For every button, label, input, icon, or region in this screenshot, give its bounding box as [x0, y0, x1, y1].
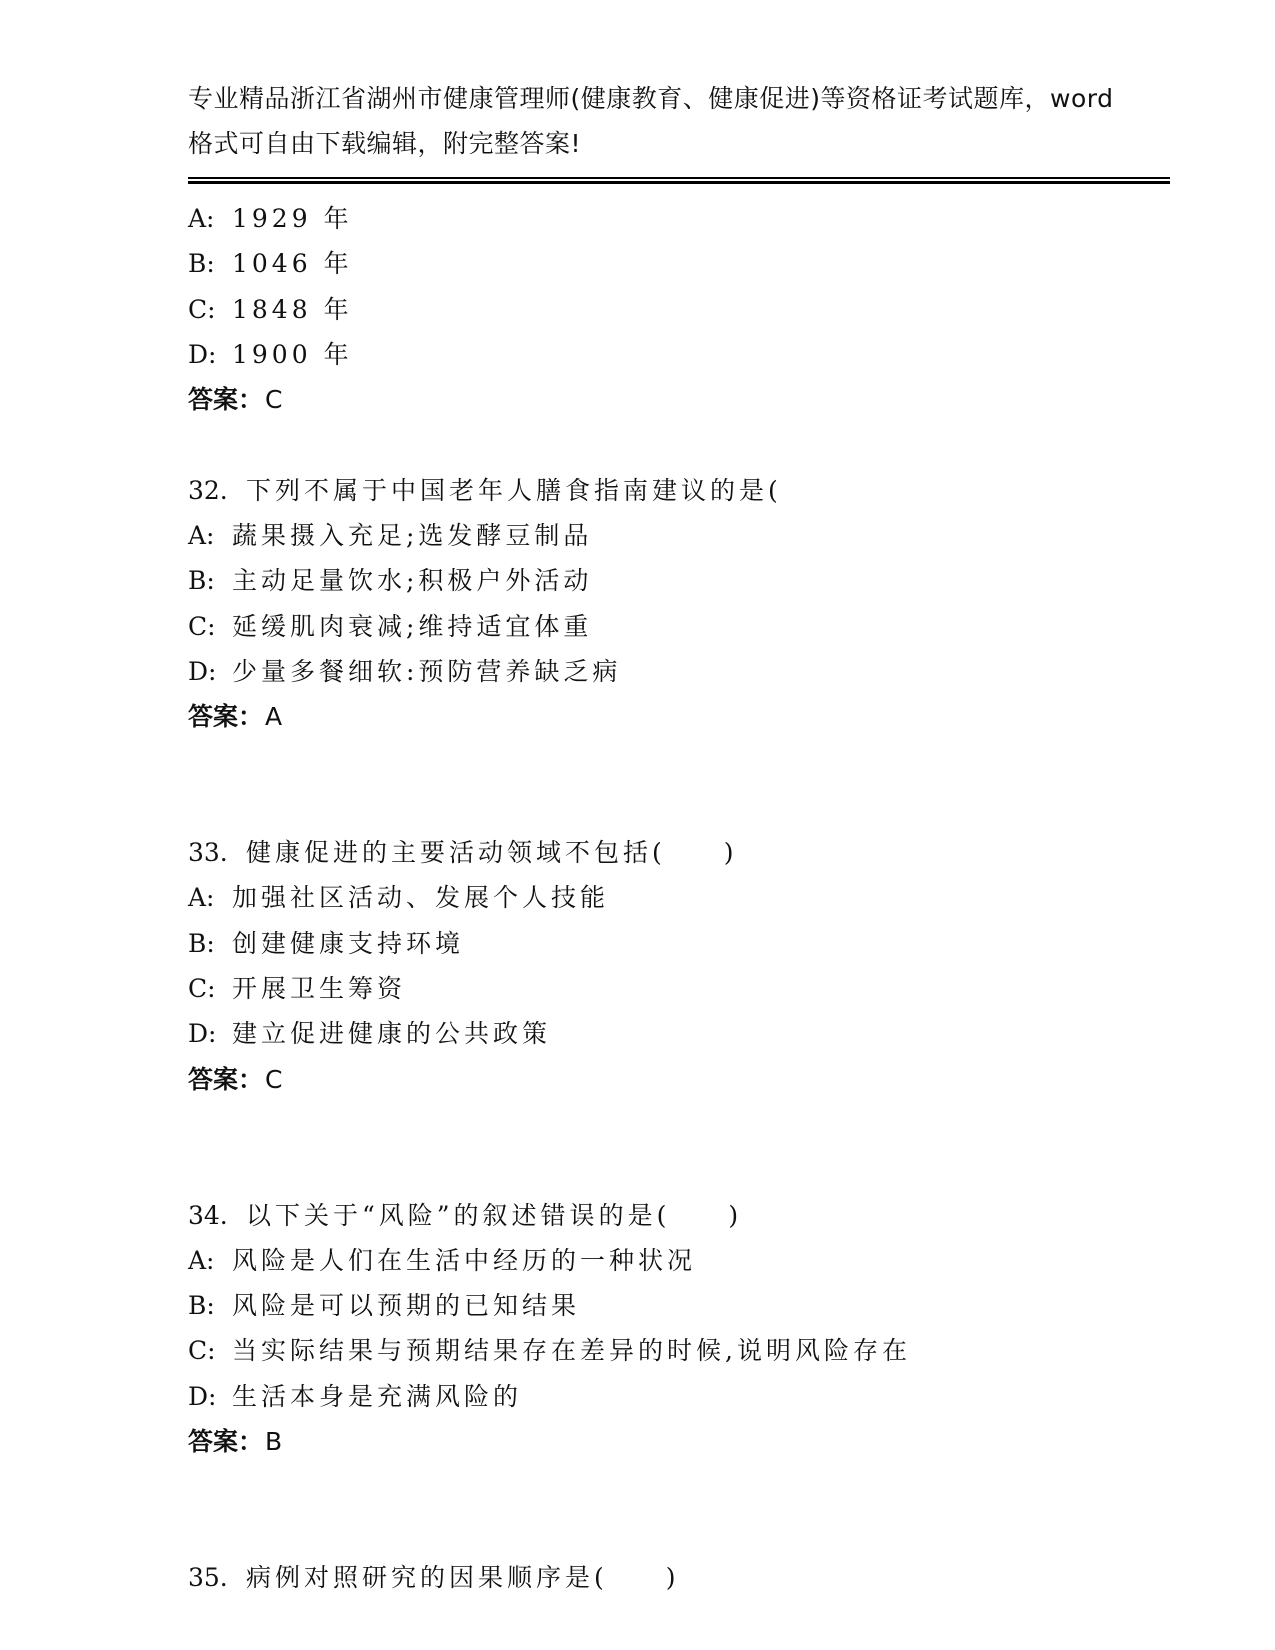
- option-text: 建立促进健康的公共政策: [232, 1019, 551, 1048]
- header-double-rule: [188, 177, 1170, 184]
- option-text: 少量多餐细软:预防营养缺乏病: [232, 657, 621, 686]
- question-block-35: 35.病例对照研究的因果顺序是( ): [188, 1555, 1168, 1600]
- answer-value: B: [265, 1427, 282, 1456]
- option-label: D:: [188, 1374, 232, 1419]
- question-number: 32.: [188, 468, 246, 513]
- blank-line: [188, 422, 1168, 467]
- option-text: 风险是可以预期的已知结果: [232, 1291, 580, 1320]
- option-c: C:开展卫生筹资: [188, 966, 1168, 1011]
- option-label: D:: [188, 649, 232, 694]
- blank-line: [188, 785, 1168, 830]
- option-text: 1046 年: [232, 249, 353, 278]
- rule-thin-line: [188, 177, 1170, 179]
- answer-label: 答案：: [188, 1065, 263, 1094]
- option-text: 1929 年: [232, 204, 353, 233]
- option-b: B:风险是可以预期的已知结果: [188, 1283, 1168, 1328]
- option-c: C:延缓肌肉衰减;维持适宜体重: [188, 604, 1168, 649]
- option-b: B:1046 年: [188, 241, 1168, 286]
- option-text: 延缓肌肉衰减;维持适宜体重: [232, 612, 592, 641]
- question-list: A:1929 年 B:1046 年 C:1848 年 D:1900 年 答案：C…: [188, 196, 1168, 1600]
- question-block-33: 33.健康促进的主要活动领域不包括( ) A:加强社区活动、发展个人技能 B:创…: [188, 830, 1168, 1102]
- answer-line: 答案：A: [188, 694, 1168, 739]
- option-b: B:主动足量饮水;积极户外活动: [188, 558, 1168, 603]
- question-number: 35.: [188, 1555, 246, 1600]
- answer-label: 答案：: [188, 1427, 263, 1456]
- question-stem: 33.健康促进的主要活动领域不包括( ): [188, 830, 1168, 875]
- option-label: C:: [188, 1328, 232, 1373]
- question-block-continued: A:1929 年 B:1046 年 C:1848 年 D:1900 年 答案：C: [188, 196, 1168, 422]
- option-d: D:1900 年: [188, 332, 1168, 377]
- question-block-32: 32.下列不属于中国老年人膳食指南建议的是( A:蔬果摄入充足;选发酵豆制品 B…: [188, 468, 1168, 740]
- answer-value: A: [265, 702, 282, 731]
- option-label: B:: [188, 558, 232, 603]
- option-label: D:: [188, 1011, 232, 1056]
- option-d: D:少量多餐细软:预防营养缺乏病: [188, 649, 1168, 694]
- blank-line: [188, 1102, 1168, 1147]
- option-text: 加强社区活动、发展个人技能: [232, 883, 609, 912]
- option-a: A:风险是人们在生活中经历的一种状况: [188, 1238, 1168, 1283]
- option-c: C:1848 年: [188, 287, 1168, 332]
- option-b: B:创建健康支持环境: [188, 921, 1168, 966]
- option-text: 1848 年: [232, 295, 353, 324]
- option-d: D:建立促进健康的公共政策: [188, 1011, 1168, 1056]
- option-a: A:蔬果摄入充足;选发酵豆制品: [188, 513, 1168, 558]
- option-text: 开展卫生筹资: [232, 974, 406, 1003]
- answer-line: 答案：C: [188, 1057, 1168, 1102]
- option-text: 风险是人们在生活中经历的一种状况: [232, 1246, 696, 1275]
- header-line-1: 专业精品浙江省湖州市健康管理师(健康教育、健康促进)等资格证考试题库，word: [188, 76, 1108, 121]
- option-a: A:加强社区活动、发展个人技能: [188, 875, 1168, 920]
- question-stem: 35.病例对照研究的因果顺序是( ): [188, 1555, 1168, 1600]
- blank-line: [188, 1464, 1168, 1509]
- question-text: 病例对照研究的因果顺序是( ): [246, 1563, 680, 1592]
- option-label: A:: [188, 875, 232, 920]
- blank-line: [188, 1510, 1168, 1555]
- option-label: B:: [188, 1283, 232, 1328]
- option-label: C:: [188, 287, 232, 332]
- option-d: D:生活本身是充满风险的: [188, 1374, 1168, 1419]
- option-c: C:当实际结果与预期结果存在差异的时候,说明风险存在: [188, 1328, 1168, 1373]
- header-line-2: 格式可自由下载编辑，附完整答案!: [188, 121, 1108, 166]
- blank-line: [188, 1147, 1168, 1192]
- question-text: 下列不属于中国老年人膳食指南建议的是(: [246, 476, 782, 505]
- question-number: 34.: [188, 1193, 246, 1238]
- answer-value: C: [265, 385, 282, 414]
- answer-label: 答案：: [188, 385, 263, 414]
- question-block-34: 34.以下关于“风险”的叙述错误的是( ) A:风险是人们在生活中经历的一种状况…: [188, 1193, 1168, 1465]
- question-stem: 34.以下关于“风险”的叙述错误的是( ): [188, 1193, 1168, 1238]
- option-label: D:: [188, 332, 232, 377]
- option-text: 蔬果摄入充足;选发酵豆制品: [232, 521, 592, 550]
- option-label: A:: [188, 513, 232, 558]
- option-text: 1900 年: [232, 340, 353, 369]
- question-text: 以下关于“风险”的叙述错误的是( ): [246, 1201, 742, 1230]
- option-text: 创建健康支持环境: [232, 929, 464, 958]
- option-label: C:: [188, 966, 232, 1011]
- option-label: B:: [188, 241, 232, 286]
- option-a: A:1929 年: [188, 196, 1168, 241]
- answer-line: 答案：B: [188, 1419, 1168, 1464]
- option-label: A:: [188, 196, 232, 241]
- option-text: 当实际结果与预期结果存在差异的时候,说明风险存在: [232, 1336, 911, 1365]
- rule-thick-line: [188, 181, 1170, 184]
- option-label: A:: [188, 1238, 232, 1283]
- option-label: B:: [188, 921, 232, 966]
- question-stem: 32.下列不属于中国老年人膳食指南建议的是(: [188, 468, 1168, 513]
- blank-line: [188, 740, 1168, 785]
- answer-line: 答案：C: [188, 377, 1168, 422]
- question-text: 健康促进的主要活动领域不包括( ): [246, 838, 738, 867]
- option-text: 生活本身是充满风险的: [232, 1382, 522, 1411]
- question-number: 33.: [188, 830, 246, 875]
- option-label: C:: [188, 604, 232, 649]
- answer-value: C: [265, 1065, 282, 1094]
- document-header: 专业精品浙江省湖州市健康管理师(健康教育、健康促进)等资格证考试题库，word …: [188, 76, 1108, 167]
- answer-label: 答案：: [188, 702, 263, 731]
- option-text: 主动足量饮水;积极户外活动: [232, 566, 592, 595]
